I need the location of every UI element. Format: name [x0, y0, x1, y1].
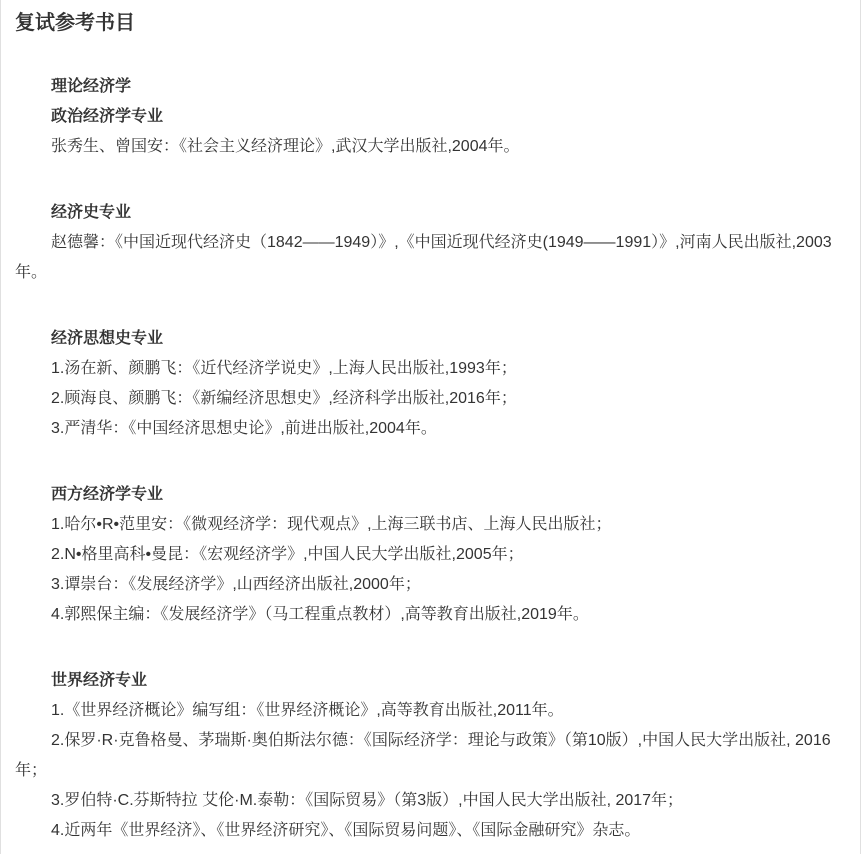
- section-heading: 经济思想史专业: [15, 324, 846, 354]
- book-entry: 张秀生、曾国安：《社会主义经济理论》,武汉大学出版社,2004年。: [15, 132, 846, 162]
- section-heading: 世界经济专业: [15, 666, 846, 696]
- book-entry: 4.郭熙保主编：《发展经济学》（马工程重点教材）,高等教育出版社,2019年。: [15, 600, 846, 630]
- section-heading: 西方经济学专业: [15, 480, 846, 510]
- book-entry: 3.谭崇台：《发展经济学》,山西经济出版社,2000年；: [15, 570, 846, 600]
- book-entry: 2.保罗·R·克鲁格曼、茅瑞斯·奥伯斯法尔德：《国际经济学：理论与政策》（第10…: [15, 726, 846, 786]
- book-entry: 3.罗伯特·C.芬斯特拉 艾伦·M.泰勒：《国际贸易》（第3版）,中国人民大学出…: [15, 786, 846, 816]
- section-western-economics: 西方经济学专业 1.哈尔•R•范里安：《微观经济学：现代观点》,上海三联书店、上…: [15, 480, 846, 630]
- book-entry: 赵德馨：《中国近现代经济史（1842——1949）》,《中国近现代经济史(194…: [15, 228, 846, 288]
- book-entry: 1.哈尔•R•范里安：《微观经济学：现代观点》,上海三联书店、上海人民出版社；: [15, 510, 846, 540]
- book-entry: 1.汤在新、颜鹏飞：《近代经济学说史》,上海人民出版社,1993年；: [15, 354, 846, 384]
- book-entry: 4.近两年《世界经济》、《世界经济研究》、《国际贸易问题》、《国际金融研究》杂志…: [15, 816, 846, 846]
- page-title: 复试参考书目: [15, 10, 846, 36]
- book-entry: 3.严清华：《中国经济思想史论》,前进出版社,2004年。: [15, 414, 846, 444]
- book-entry: 2.顾海良、颜鹏飞：《新编经济思想史》,经济科学出版社,2016年；: [15, 384, 846, 414]
- book-entry: 2.N•格里高科•曼昆：《宏观经济学》,中国人民大学出版社,2005年；: [15, 540, 846, 570]
- discipline-heading: 理论经济学: [15, 72, 846, 102]
- section-heading: 经济史专业: [15, 198, 846, 228]
- book-entry: 1.《世界经济概论》编写组：《世界经济概论》,高等教育出版社,2011年。: [15, 696, 846, 726]
- section-world-economy: 世界经济专业 1.《世界经济概论》编写组：《世界经济概论》,高等教育出版社,20…: [15, 666, 846, 846]
- content-area: 复试参考书目 理论经济学 政治经济学专业 张秀生、曾国安：《社会主义经济理论》,…: [0, 0, 861, 854]
- section-economic-history: 经济史专业 赵德馨：《中国近现代经济史（1842——1949）》,《中国近现代经…: [15, 198, 846, 288]
- section-theoretical-economics: 理论经济学 政治经济学专业 张秀生、曾国安：《社会主义经济理论》,武汉大学出版社…: [15, 72, 846, 162]
- section-history-of-economic-thought: 经济思想史专业 1.汤在新、颜鹏飞：《近代经济学说史》,上海人民出版社,1993…: [15, 324, 846, 444]
- section-heading: 政治经济学专业: [15, 102, 846, 132]
